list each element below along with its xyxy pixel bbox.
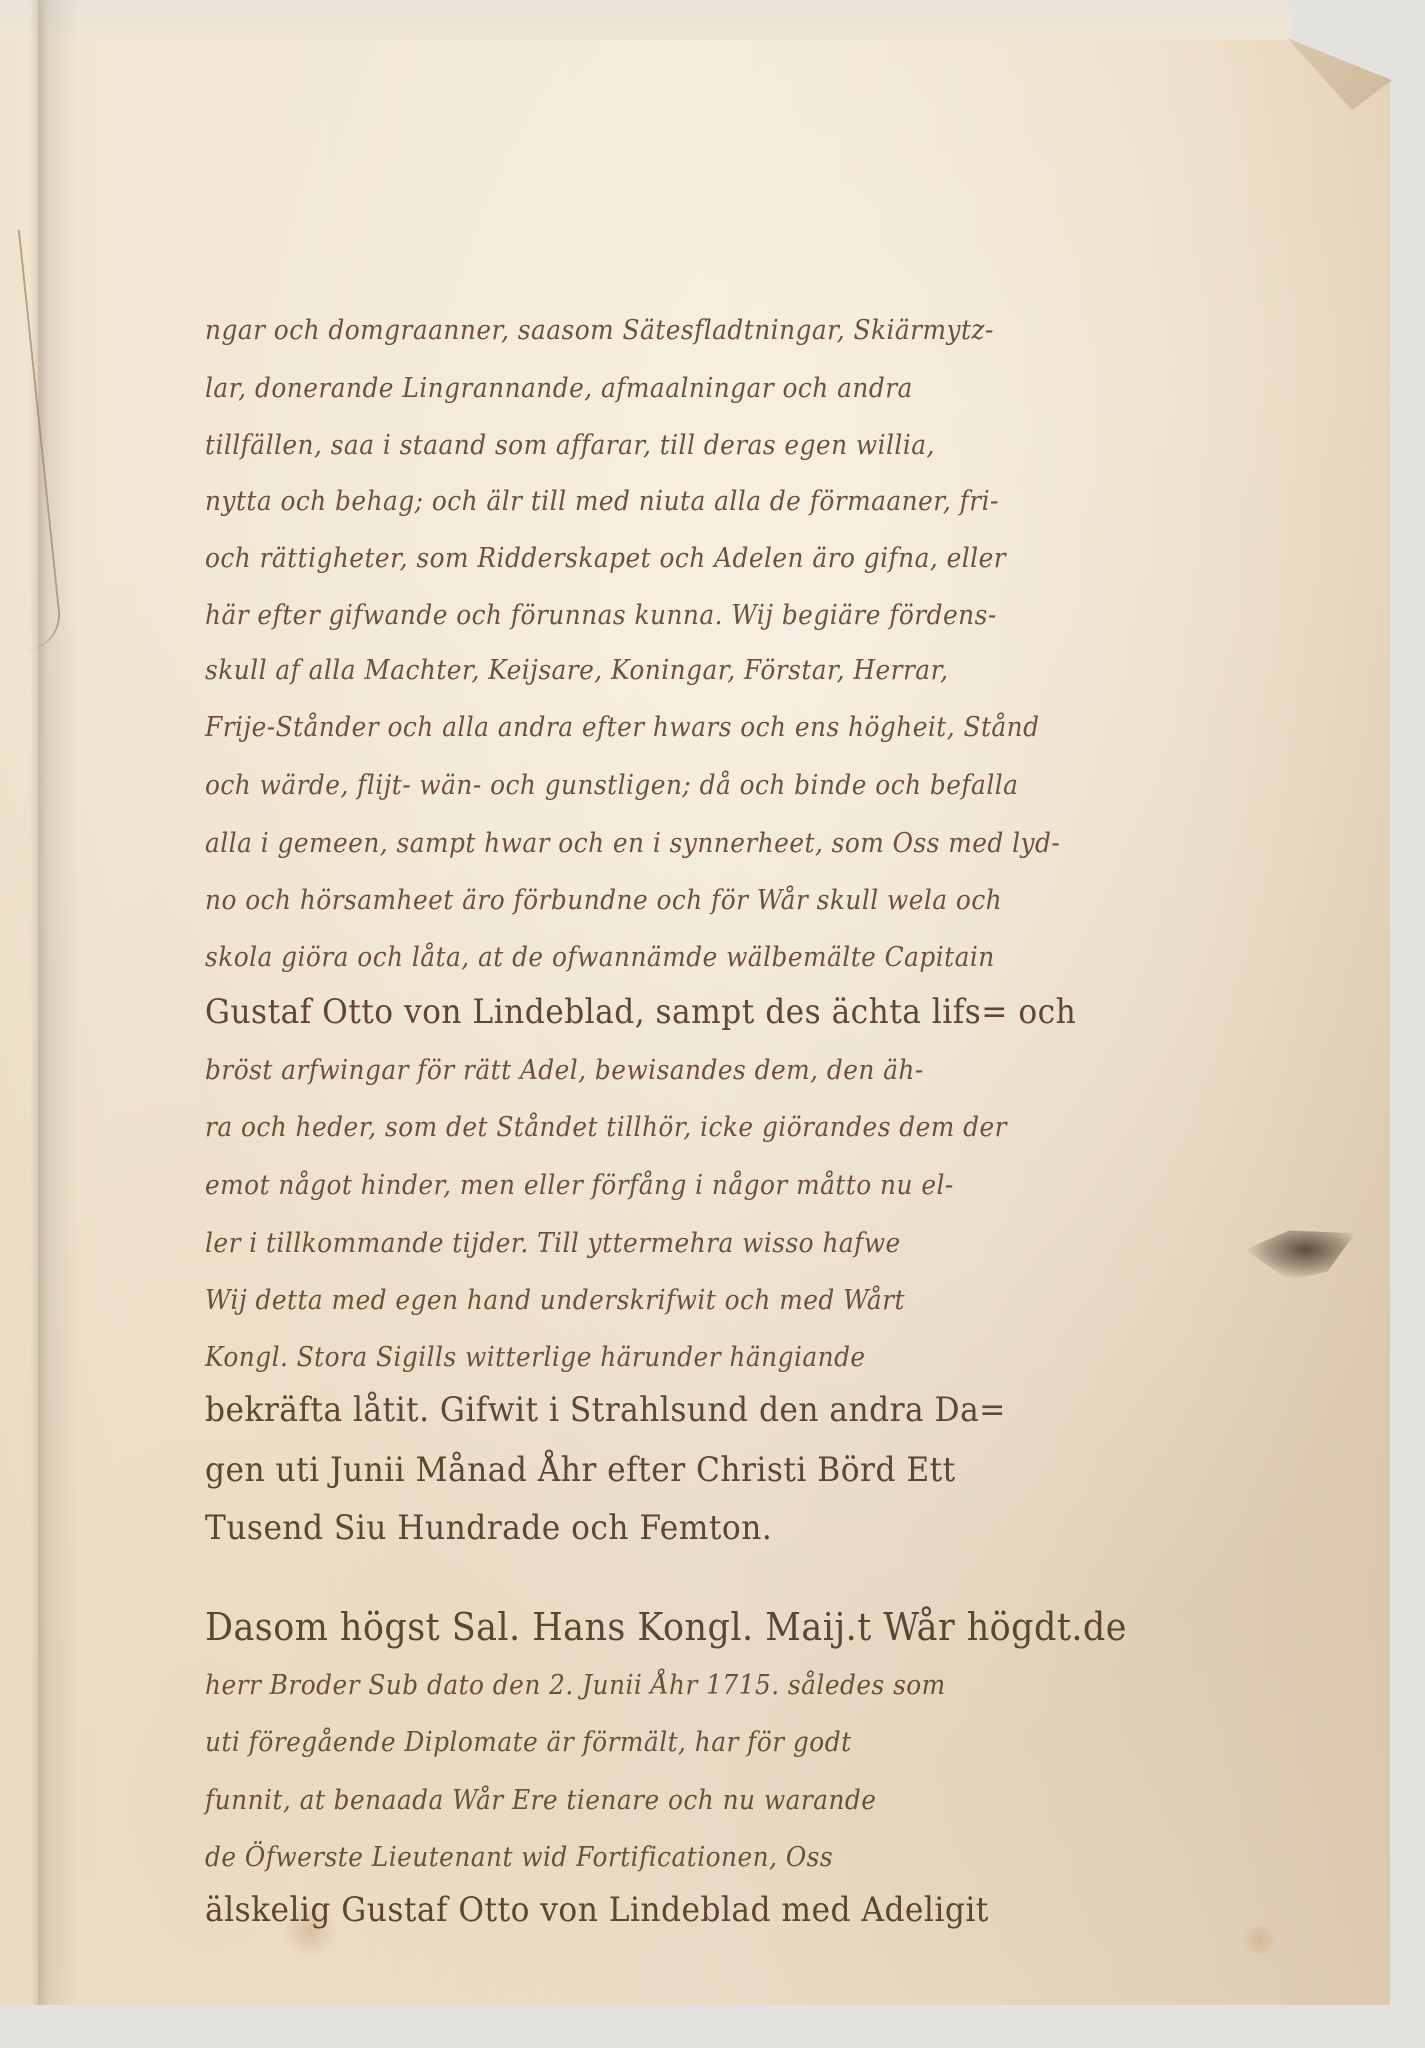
text-line: de Öfwerste Lieutenant wid Fortification… [205, 1842, 833, 1873]
text-line: Kongl. Stora Sigills witterlige härunder… [205, 1342, 866, 1373]
text-line: alla i gemeen, sampt hwar och en i synne… [205, 828, 1060, 859]
text-line: skola giöra och låta, at de ofwannämde w… [205, 942, 995, 973]
text-line: här efter gifwande och förunnas kunna. W… [205, 600, 997, 631]
text-line-heading: Dasom högst Sal. Hans Kongl. Maij.t Wår … [205, 1605, 1127, 1649]
text-line: funnit, at benaada Wår Ere tienare och n… [205, 1785, 876, 1816]
text-line: ngar och domgraanner, saasom Sätesfladtn… [205, 315, 994, 346]
foxing-spot [1240, 1925, 1280, 1955]
text-line: no och hörsamheet äro förbundne och för … [205, 885, 1002, 916]
text-line: och rättigheter, som Ridderskapet och Ad… [205, 543, 1006, 574]
text-line-dating: Tusend Siu Hundrade och Femton. [205, 1508, 772, 1548]
text-line: tillfällen, saa i staand som affarar, ti… [205, 430, 935, 461]
text-line-name: Gustaf Otto von Lindeblad, sampt des äch… [205, 992, 1076, 1032]
text-line: ra och heder, som det Ståndet tillhör, i… [205, 1112, 1007, 1143]
text-line: Frije-Stånder och alla andra efter hwars… [205, 712, 1039, 743]
text-line: nytta och behag; och älr till med niuta … [205, 486, 999, 517]
text-line: skull af alla Machter, Keijsare, Koninga… [205, 655, 949, 686]
text-line: emot något hinder, men eller förfång i n… [205, 1170, 954, 1201]
text-line: bröst arfwingar för rätt Adel, bewisande… [205, 1055, 924, 1086]
text-line: uti föregående Diplomate är förmält, har… [205, 1727, 852, 1758]
text-line-dating: gen uti Junii Månad Åhr efter Christi Bö… [205, 1450, 956, 1490]
text-line: ler i tillkommande tijder. Till yttermeh… [205, 1228, 901, 1259]
text-line: herr Broder Sub dato den 2. Junii Åhr 17… [205, 1670, 946, 1701]
binding-shadow [38, 0, 78, 2005]
page-top-edge [0, 0, 1290, 40]
text-line-name: älskelig Gustaf Otto von Lindeblad med A… [205, 1890, 989, 1930]
text-line: Wij detta med egen hand underskrifwit oc… [205, 1285, 905, 1316]
text-line: och wärde, flijt- wän- och gunstligen; d… [205, 770, 1018, 801]
text-line-dating: bekräfta låtit. Gifwit i Strahlsund den … [205, 1390, 1006, 1430]
text-line: lar, donerande Lingrannande, afmaalninga… [205, 373, 913, 404]
